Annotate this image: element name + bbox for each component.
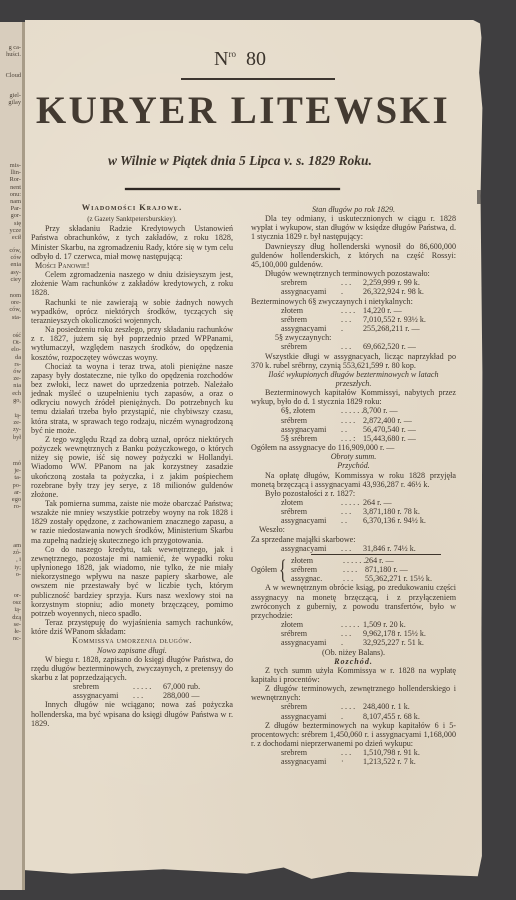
masthead-rule-top xyxy=(181,78,335,80)
prev-page-fragment: g ca- huści. xyxy=(6,44,21,58)
paragraph: Celem zgromadzenia naszego w dniu dzisie… xyxy=(31,270,233,297)
prev-page-fragment: mó je- ta- po- ar- ego ro- xyxy=(12,460,21,510)
prev-page-fragment: nom ore- ców, sta- xyxy=(9,292,21,321)
prev-page-fragment: mis- llin- Ror- nent onu: nam Par- gor- … xyxy=(9,162,21,241)
prev-page-fragment: am zó- , i iy; o- xyxy=(13,542,21,578)
ledger-row: assygnac.. . .55,362,271 r. 15½ k. xyxy=(287,574,456,583)
paragraph: W biegu r. 1828, zapisano do księgi dług… xyxy=(31,655,233,682)
paragraph: Bezterminowych kapitałów Kommissyi, naby… xyxy=(251,388,456,406)
paragraph: Chociaż ta woyna i teraz trwa, atoli pie… xyxy=(31,362,233,435)
prev-page-fragment: or- osz ią- dzą se- łe- nc- xyxy=(12,592,21,642)
prev-page-fragment: ców, ców enia asy- ciey xyxy=(9,247,21,283)
ledger-row: srébrem. . . .871,180 r. — xyxy=(287,565,456,574)
paragraph: Co do naszego kredytu, tak wewnętrznego,… xyxy=(31,545,233,618)
paragraph: Na opłatę długów, Kommissya w roku 1828 … xyxy=(251,471,456,489)
ledger-row: assygnacyami. . .31,846 r. 74½ k. xyxy=(251,544,456,553)
issue-number-value: 80 xyxy=(246,48,266,70)
paragraph: Na posiedzeniu roku zeszłego, przy skład… xyxy=(31,325,233,362)
ledger-row: assygnacyami·1,213,522 r. 7 k. xyxy=(251,757,456,766)
ledger-row: srébrem. . .69,662,520 r. — xyxy=(251,342,456,351)
ledger-row: srébrem. . . .2,872,400 r. — xyxy=(251,416,456,425)
curly-brace-icon: { xyxy=(279,557,285,583)
source-note: (z Gazety Sanktpetersburskiey). xyxy=(31,215,233,224)
ledger-row: assygnacyami.8,107,455 r. 68 k. xyxy=(251,712,456,721)
paragraph: Innych długów nie wciągano; nowa zaś poż… xyxy=(31,700,233,727)
ledger-row: assygnacyami. . .288,000 — xyxy=(31,691,233,700)
subheading-italic: Rozchód. xyxy=(251,657,456,666)
sum-rule xyxy=(311,554,441,555)
subheading-italic: Ilość wykupionych długów bezterminowych … xyxy=(251,370,456,388)
ledger-row: assygnacyami. .6,370,136 r. 94½ k. xyxy=(251,516,456,525)
ledger-line: Bezterminowych 6§ zwyczaynych i nietykal… xyxy=(251,297,456,306)
subheading-italic: Nowo zapisane długi. xyxy=(31,646,233,655)
issue-number: Nro 80 xyxy=(25,48,455,71)
subheading-italic: Obroty summ. xyxy=(251,452,456,461)
prev-page-fragment: ią- ze- zy- był xyxy=(13,412,21,441)
ledger-row: srebrem. . . . .67,000 rub. xyxy=(31,682,233,691)
prev-page-fragment: giel- gilay xyxy=(8,92,21,106)
ledger-row: assygnacyami.255,268,211 r. — xyxy=(251,324,456,333)
paragraph: Było pozostałości z r. 1827: xyxy=(251,489,456,498)
ledger-row: assygnacyami.32,925,227 r. 51 k. xyxy=(251,638,456,647)
subheading: Kommissya umorzenia długów. xyxy=(31,636,233,645)
ledger-row: srebrem. . .2,259,999 r. 99 k. xyxy=(251,278,456,287)
ledger-row: złotem. . . . .1,509 r. 20 k. xyxy=(251,620,456,629)
section-heading: Wiadomości Krajowe. xyxy=(31,203,233,212)
total-brace-block: Ogółem { złotem. . . . . .264 r. — srébr… xyxy=(251,556,456,583)
prev-page-fragment: Cloud xyxy=(6,72,21,79)
page-gutter xyxy=(22,22,25,890)
ledger-row: złotem. . . .14,220 r. — xyxy=(251,306,456,315)
masthead-rule-bottom xyxy=(125,188,340,190)
paragraph: Z tych summ użyła Kommissya w r. 1828 na… xyxy=(251,666,456,684)
paragraph: Z tego względu Rząd za dobrą uznał, opró… xyxy=(31,435,233,499)
paragraph: Wszystkie długi w assygnacyach, licząc n… xyxy=(251,352,456,370)
paragraph: Dla tey odmiany, i uskutecznionych w cią… xyxy=(251,214,456,241)
dateline: w Wilnie w Piątek dnia 5 Lipca v. s. 182… xyxy=(25,153,455,169)
newspaper-page: Nro 80 KURYER LITEWSKI w Wilnie w Piątek… xyxy=(25,20,487,900)
torn-edge-mark xyxy=(477,190,483,204)
paragraph: Przy składaniu Radzie Kredytowych Ustano… xyxy=(31,224,233,261)
balance-note: (Ob. niżey Balans). xyxy=(251,648,456,657)
ledger-line: Weszło: xyxy=(251,525,456,534)
paragraph: Rachunki te nie zawierają w sobie żadnyc… xyxy=(31,298,233,325)
paragraph: Tak pomierna summa, zaiste nie może obar… xyxy=(31,499,233,545)
ledger-row: złotem. . . . .264 r. — xyxy=(251,498,456,507)
subheading-italic: Przychód. xyxy=(251,461,456,470)
section-heading-italic: Stan długów po rok 1829. xyxy=(251,205,456,214)
issue-prefix: N xyxy=(214,48,228,70)
previous-page-edge: g ca- huści. Cloud giel- gilay mis- llin… xyxy=(0,22,23,890)
ledger-row: złotem. . . . . .264 r. — xyxy=(287,556,456,565)
paragraph: A w wewnętrznym obrócie ksiąg, po zreduk… xyxy=(251,583,456,620)
ledger-row: 5§ srébrem. . . :15,443,680 r. — xyxy=(251,434,456,443)
prev-page-fragment: ość Ot- elo- da rs- ów ze- nia ech go, xyxy=(11,332,21,404)
ledger-row: 6§, złotem. . . . . .8,700 r. — xyxy=(251,406,456,415)
ledger-row: srebrem. . .1,510,798 r. 91 k. xyxy=(251,748,456,757)
ledger-row: srébrem. . .3,871,180 r. 78 k. xyxy=(251,507,456,516)
ledger-line: 5§ zwyczaynych: xyxy=(251,333,456,342)
paragraph: Z długów terminowych, zewnętrznego holle… xyxy=(251,684,456,702)
paragraph: Z długów bezterminowych na wykup kapitał… xyxy=(251,721,456,748)
ledger-total: Ogółem na assygnacye do 116,909,000 r. — xyxy=(251,443,456,452)
right-column: Stan długów po rok 1829. Dla tey odmiany… xyxy=(251,205,456,767)
paragraph: Teraz przystępuję do wyjaśnienia samych … xyxy=(31,618,233,636)
issue-superscript: ro xyxy=(228,49,236,59)
ledger-row: srébrem. . .7,010,552 r. 93½ k. xyxy=(251,315,456,324)
ledger-row: assygnacyami. .56,470,540 r. — xyxy=(251,425,456,434)
left-column: Wiadomości Krajowe. (z Gazety Sanktpeter… xyxy=(31,203,233,728)
total-label: Ogółem xyxy=(251,565,277,574)
ledger-line: Za sprzedane mająłki skarbowe: xyxy=(251,535,456,544)
paragraph: Długów wewnętrznych terminowych pozostaw… xyxy=(251,269,456,278)
paragraph: Dawnieyszy dług hollenderski wynosił do … xyxy=(251,242,456,269)
ledger-row: srébrem. . . .248,400 r. 1 k. xyxy=(251,702,456,711)
ledger-row: assygnacyami.26,322,924 r. 98 k. xyxy=(251,287,456,296)
newspaper-title: KURYER LITEWSKI xyxy=(33,88,453,133)
salutation: Mości Panowie! xyxy=(31,261,233,270)
ledger-row: srébrem. . .9,962,178 r. 15½ k. xyxy=(251,629,456,638)
